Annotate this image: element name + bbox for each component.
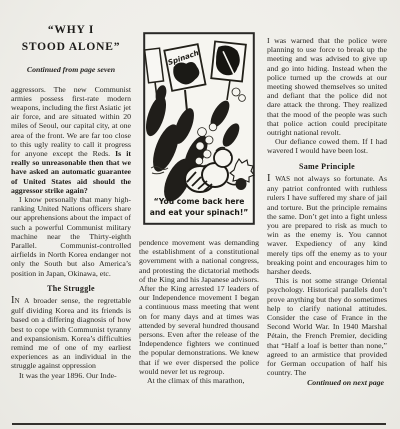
bottom-rule (12, 423, 386, 425)
paragraph-independence-movement: pendence movement was demanding the esta… (139, 238, 259, 376)
article-columns: “WHY I STOOD ALONE” Continued from page … (11, 10, 387, 387)
paragraph-climax-marathon: At the climax of this marathon, (139, 376, 259, 385)
paragraph-defiance: Our defiance cowed them. If I had wavere… (267, 137, 387, 155)
cartoon-figure: Spinach (143, 32, 255, 230)
picket-sign-right (211, 41, 246, 81)
cartoon-caption-line-1: “You come back here (154, 197, 245, 206)
paragraph-text: not always so fortunate. As any patriot … (267, 174, 387, 276)
column-2: Spinach (139, 10, 259, 387)
continued-from-note: Continued from page seven (11, 65, 131, 74)
small-caps-lead: In a (11, 295, 29, 306)
paragraph-text: broader sense, the regrettable gulf divi… (11, 296, 131, 371)
picket-sign-spinach: Spinach (164, 44, 205, 91)
section-heading-the-struggle: The Struggle (11, 284, 131, 293)
continued-on-next-page-note: Continued on next page (267, 378, 387, 387)
paragraph-text: aggressors. The new Communist armies pos… (11, 85, 131, 158)
spinach-cartoon-illustration: Spinach (143, 32, 255, 225)
paragraph-aggressors: aggressors. The new Communist armies pos… (11, 85, 131, 195)
section-heading-same-principle: Same Principle (267, 162, 387, 171)
paragraph-police-warning: I was warned that the police were planni… (267, 36, 387, 137)
article-title-line-2: STOOD ALONE” (11, 39, 131, 56)
picket-sign-left (145, 48, 164, 83)
column-1: “WHY I STOOD ALONE” Continued from page … (11, 10, 131, 387)
paragraph-broader-sense: In a broader sense, the regrettable gulf… (11, 296, 131, 371)
small-caps-lead: I was (267, 173, 290, 184)
paragraph-year-1896: It was the year 1896. Our Inde- (11, 371, 131, 380)
cartoon-caption-line-2: and eat your spinach!” (150, 208, 249, 217)
paragraph-not-always-fortunate: I was not always so fortunate. As any pa… (267, 174, 387, 277)
column-3: I was warned that the police were planni… (267, 10, 387, 387)
article-title-line-1: “WHY I (11, 22, 131, 39)
magazine-page: “WHY I STOOD ALONE” Continued from page … (0, 0, 400, 429)
article-title: “WHY I STOOD ALONE” (11, 22, 131, 57)
paragraph-historical-parallels: This is not some strange Oriental psycho… (267, 276, 387, 377)
paragraph-un-officers: I know personally that many high-ranking… (11, 195, 131, 278)
